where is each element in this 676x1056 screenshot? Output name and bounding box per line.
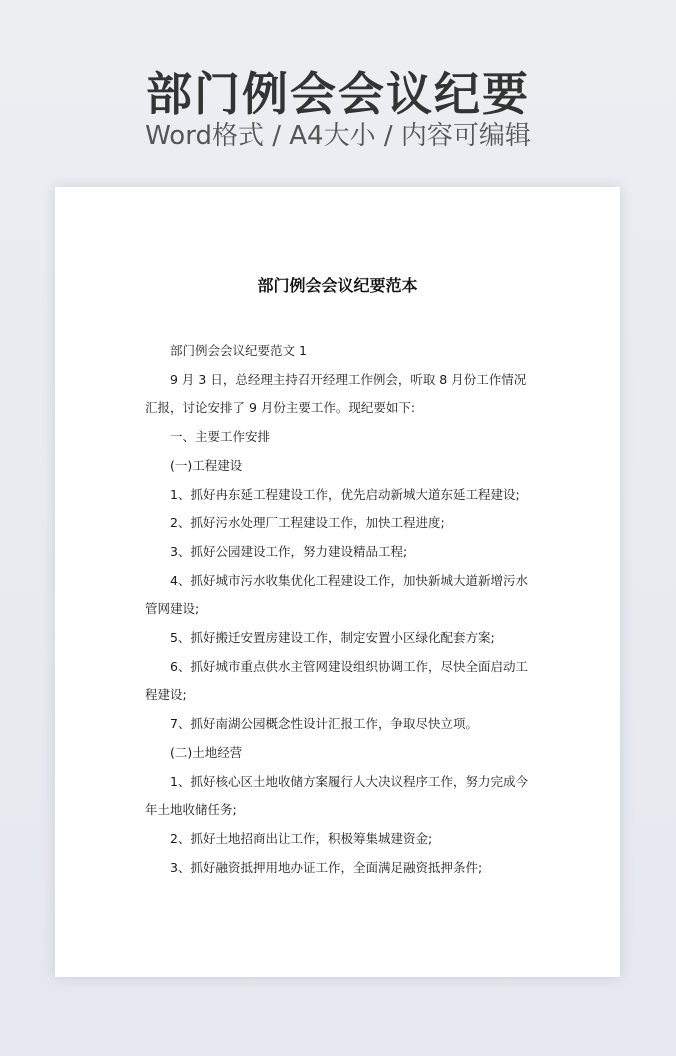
list-item: 1、抓好冉东延工程建设工作，优先启动新城大道东延工程建设; — [145, 481, 533, 510]
document-body: 部门例会会议纪要范文 1 9 月 3 日，总经理主持召开经理工作例会，听取 8 … — [145, 337, 533, 882]
page-subtitle: Word格式 / A4大小 / 内容可编辑 — [0, 118, 676, 154]
list-item: 6、抓好城市重点供水主管网建设组织协调工作，尽快全面启动工程建设; — [145, 653, 533, 710]
subsection-heading: (二)土地经营 — [145, 739, 533, 768]
list-item: 3、抓好融资抵押用地办证工作，全面满足融资抵押条件; — [145, 854, 533, 883]
paragraph: 部门例会会议纪要范文 1 — [145, 337, 533, 366]
document-title: 部门例会会议纪要范本 — [55, 273, 620, 296]
list-item: 7、抓好南湖公园概念性设计汇报工作，争取尽快立项。 — [145, 710, 533, 739]
section-heading: 一、主要工作安排 — [145, 423, 533, 452]
list-item: 2、抓好污水处理厂工程建设工作，加快工程进度; — [145, 509, 533, 538]
list-item: 3、抓好公园建设工作，努力建设精品工程; — [145, 538, 533, 567]
subsection-heading: (一)工程建设 — [145, 452, 533, 481]
paragraph: 9 月 3 日，总经理主持召开经理工作例会，听取 8 月份工作情况汇报，讨论安排… — [145, 366, 533, 423]
list-item: 1、抓好核心区土地收储方案履行人大决议程序工作，努力完成今年土地收储任务; — [145, 768, 533, 825]
list-item: 5、抓好搬迁安置房建设工作，制定安置小区绿化配套方案; — [145, 624, 533, 653]
list-item: 4、抓好城市污水收集优化工程建设工作，加快新城大道新增污水管网建设; — [145, 567, 533, 624]
list-item: 2、抓好土地招商出让工作，积极筹集城建资金; — [145, 825, 533, 854]
document-page: 部门例会会议纪要范本 部门例会会议纪要范文 1 9 月 3 日，总经理主持召开经… — [55, 187, 620, 977]
page-title: 部门例会会议纪要 — [0, 66, 676, 122]
